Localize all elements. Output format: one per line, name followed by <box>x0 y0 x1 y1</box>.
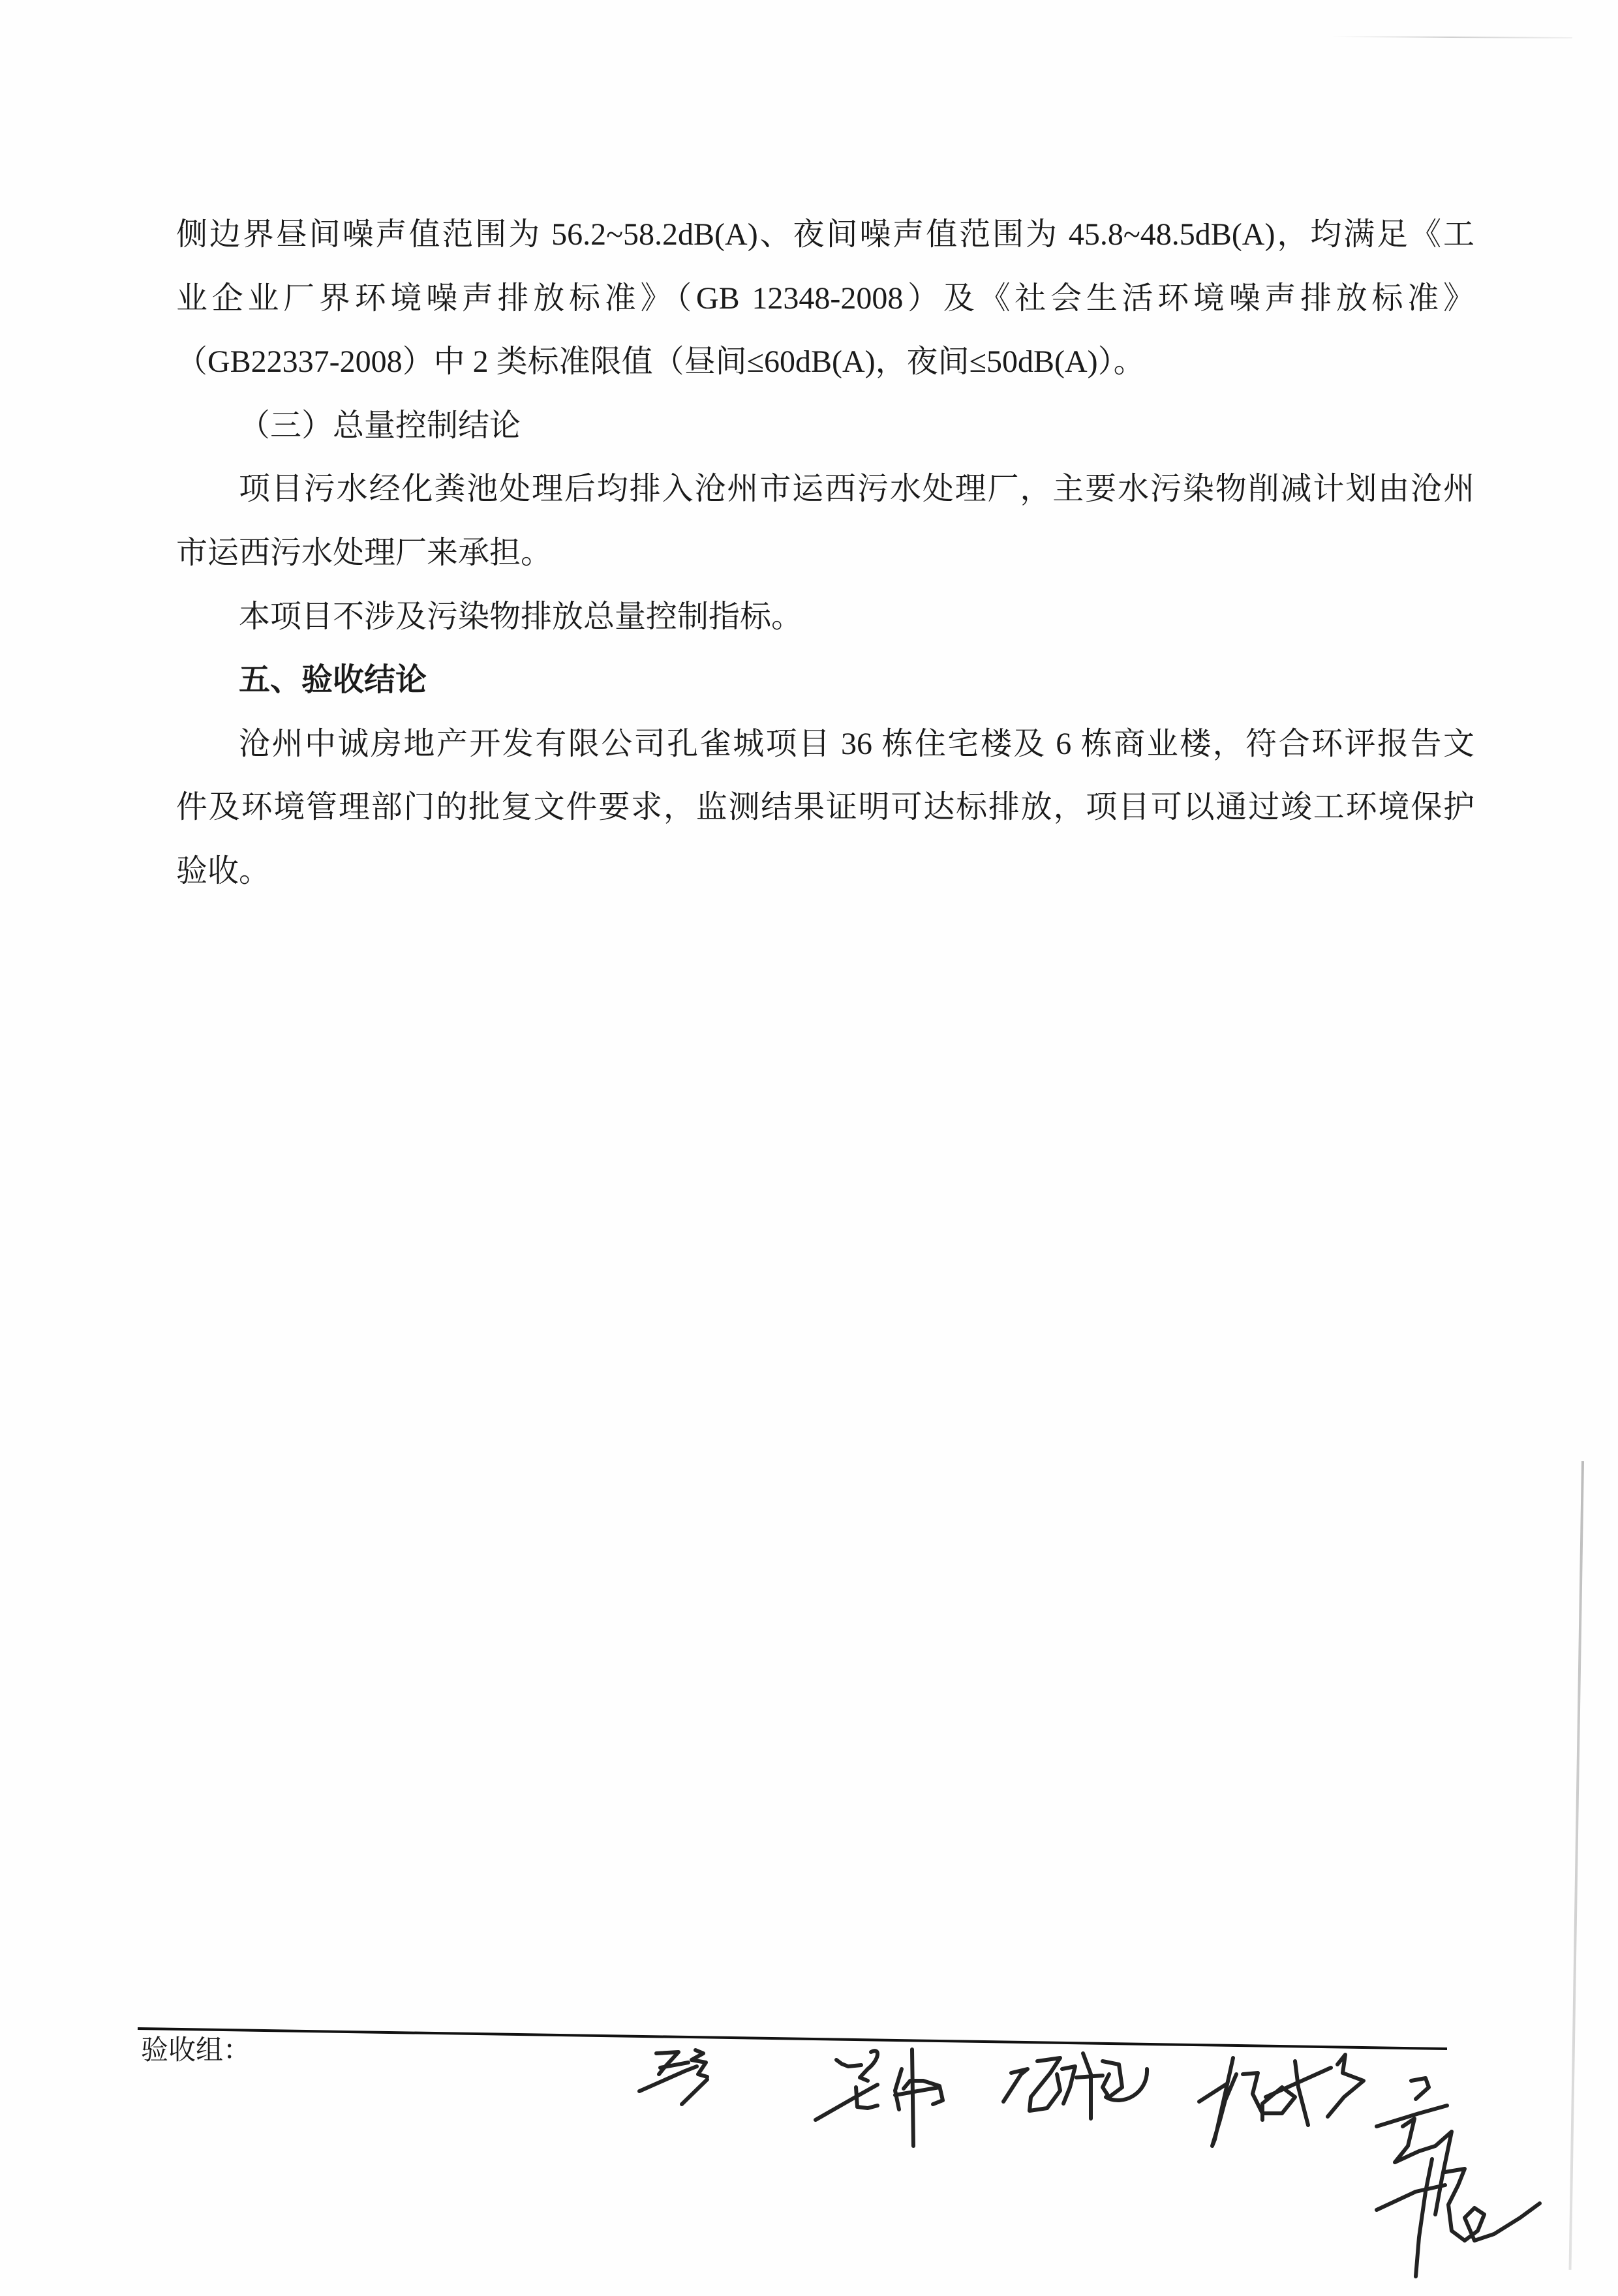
body-line: 侧边界昼间噪声值范围为 56.2~58.2dB(A)、夜间噪声值范围为 45.8… <box>176 203 1474 267</box>
body-line: 市运西污水处理厂来承担。 <box>176 521 1474 585</box>
signature-1 <box>639 2050 707 2104</box>
body-line: （GB22337-2008）中 2 类标准限值（昼间≤60dB(A)，夜间≤50… <box>176 330 1474 394</box>
signature-5 <box>1377 2078 1540 2276</box>
signature-3 <box>1003 2053 1147 2119</box>
acceptance-group-label: 验收组： <box>141 2034 251 2068</box>
section-subheading: （三）总量控制结论 <box>176 394 1474 458</box>
scan-artifact-top <box>1331 36 1572 38</box>
body-line: 验收。 <box>176 839 1474 903</box>
body-line: 项目污水经化粪池处理后均排入沧州市运西污水处理厂，主要水污染物削减计划由沧州 <box>176 457 1474 521</box>
document-page: 侧边界昼间噪声值范围为 56.2~58.2dB(A)、夜间噪声值范围为 45.8… <box>0 0 1618 2296</box>
document-body: 侧边界昼间噪声值范围为 56.2~58.2dB(A)、夜间噪声值范围为 45.8… <box>176 203 1474 903</box>
signature-4 <box>1199 2055 1364 2146</box>
body-line: 件及环境管理部门的批复文件要求，监测结果证明可达标排放，项目可以通过竣工环境保护 <box>176 776 1474 839</box>
body-line: 业企业厂界环境噪声排放标准》（GB 12348-2008）及《社会生活环境噪声排… <box>176 267 1474 331</box>
signature-2 <box>816 2049 943 2146</box>
signature-rule <box>138 2029 1447 2049</box>
body-line: 本项目不涉及污染物排放总量控制指标。 <box>176 585 1474 649</box>
body-line: 沧州中诚房地产开发有限公司孔雀城项目 36 栋住宅楼及 6 栋商业楼，符合环评报… <box>176 712 1474 776</box>
section-heading: 五、验收结论 <box>176 648 1474 712</box>
scan-artifact-right <box>1569 1461 1584 2270</box>
